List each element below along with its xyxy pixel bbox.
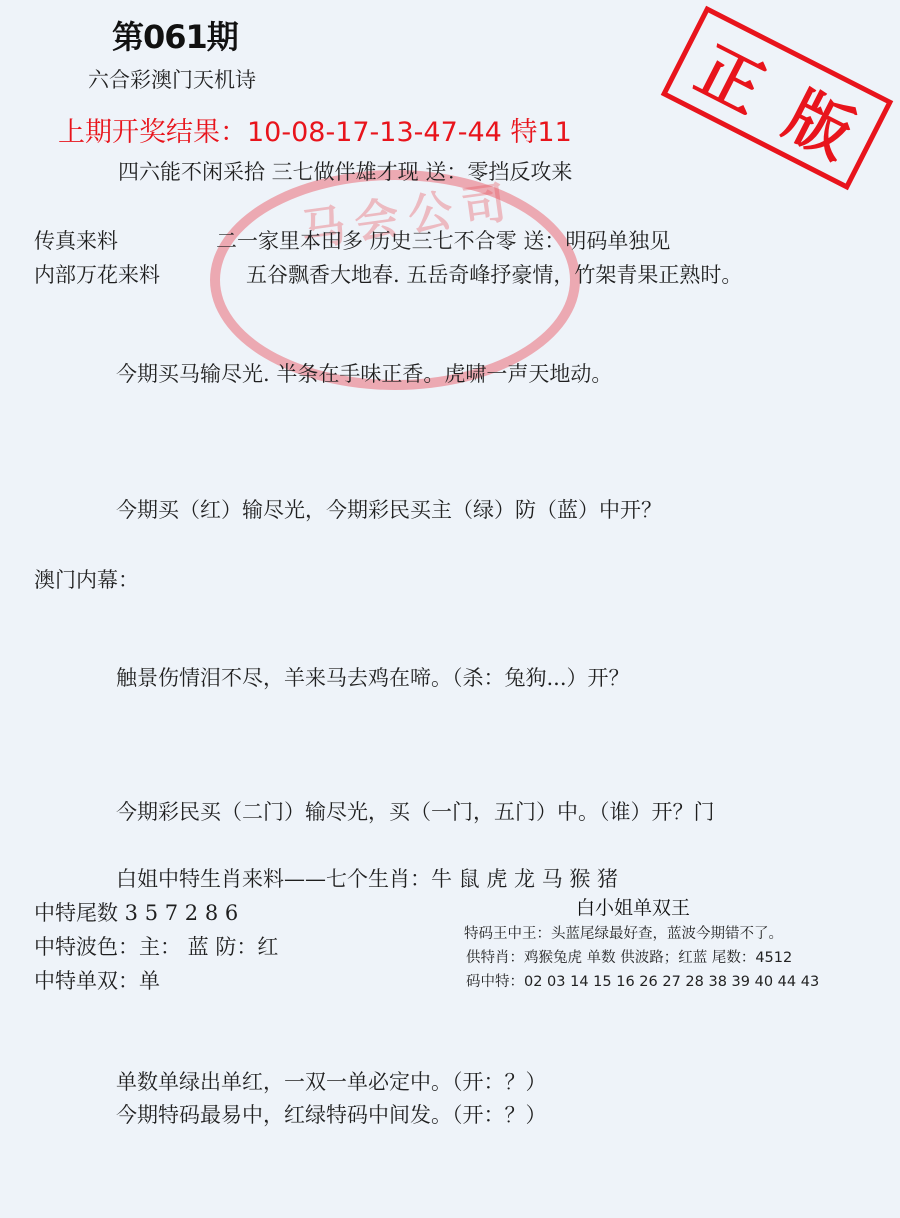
right-line-2: 供特肖：鸡猴兔虎 单数 供波路；红蓝 尾数：4512	[466, 946, 792, 967]
right-line-1: 特码王中王：头蓝尾绿最好查，蓝波今期错不了。	[464, 922, 783, 943]
issue-title: 第061期	[112, 12, 238, 58]
footer-line-1: 单数单绿出单红，一双一单必定中。（开：？）	[116, 1066, 547, 1096]
right-line-3: 码中特：02 03 14 15 16 26 27 28 38 39 40 44 …	[466, 970, 819, 991]
fax-text: 二一家里本田多 历史三七不合零 送：明码单独见	[216, 225, 670, 255]
footer-line-2: 今期特码最易中，红绿特码中间发。（开：？）	[116, 1099, 547, 1129]
touch-line: 触景伤情泪不尽，羊来马去鸡在啼。（杀：兔狗...）开？	[116, 662, 630, 692]
inner-text: 五谷飘香大地春. 五岳奇峰抒豪情，竹架青果正熟时。	[246, 259, 742, 289]
right-block-title: 白小姐单双王	[576, 893, 690, 920]
door-line: 今期彩民买（二门）输尽光，买（一门，五门）中。（谁）开？门	[116, 796, 715, 826]
odd-even: 中特单双：单	[34, 965, 160, 995]
wave-color: 中特波色：主： 蓝 防：红	[34, 931, 278, 961]
fax-label: 传真来料	[34, 225, 118, 255]
subtitle: 六合彩澳门天机诗	[88, 64, 256, 94]
horse-line: 今期买马输尽光. 半条在手味正香。虎啸一声天地动。	[116, 358, 612, 388]
last-result: 上期开奖结果：10-08-17-13-47-44 特11	[58, 110, 572, 149]
tail-numbers: 中特尾数 3 5 7 2 8 6	[34, 897, 238, 927]
stamp-char: 正	[683, 20, 782, 131]
inner-label: 内部万花来料	[34, 259, 160, 289]
genuine-stamp: 正 版	[661, 6, 894, 190]
color-line: 今期买（红）输尽光，今期彩民买主（绿）防（蓝）中开？	[116, 494, 662, 524]
zodiac-line: 白姐中特生肖来料——七个生肖：牛 鼠 虎 龙 马 猴 猪	[116, 863, 618, 893]
poem-line: 四六能不闲采拾 三七做伴雄才现 送：零挡反攻来	[118, 156, 572, 186]
stamp-char: 版	[772, 65, 871, 176]
macau-label: 澳门内幕：	[34, 564, 139, 594]
